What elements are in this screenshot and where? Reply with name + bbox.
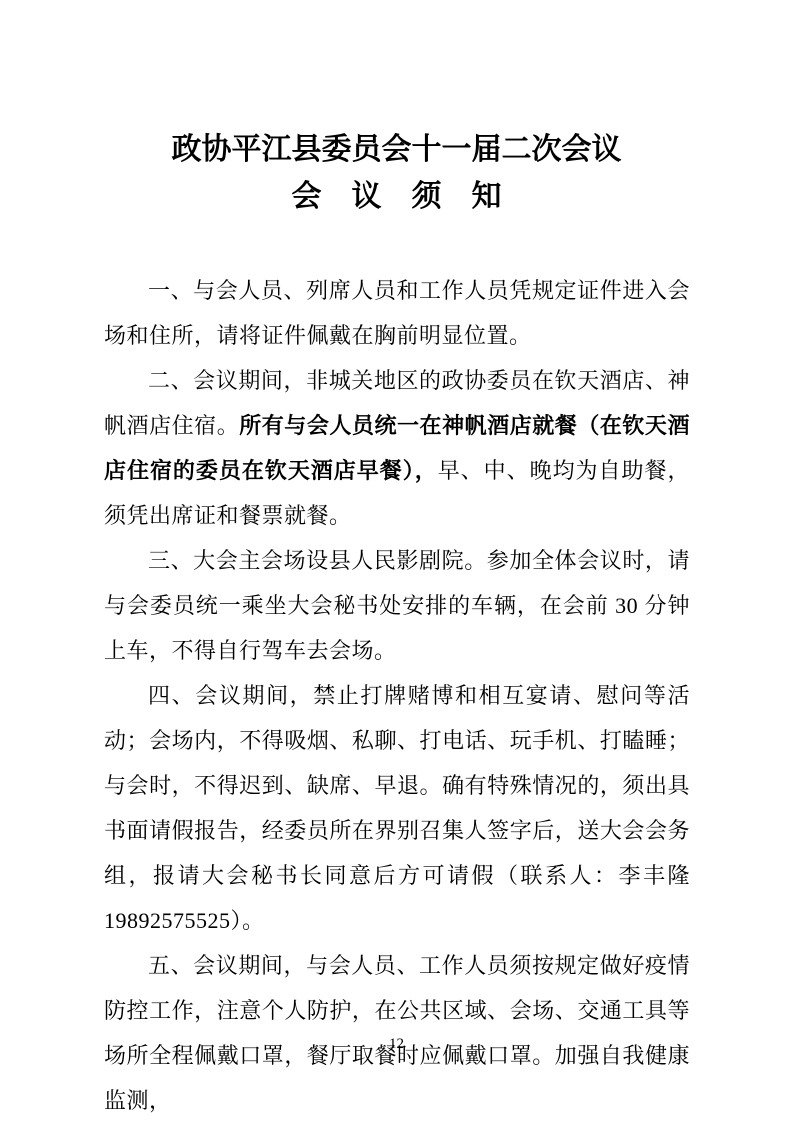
paragraph: 一、与会人员、列席人员和工作人员凭规定证件进入会场和住所，请将证件佩戴在胸前明显… [104, 268, 690, 358]
document-page: 政协平江县委员会十一届二次会议 会 议 须 知 一、与会人员、列席人员和工作人员… [0, 0, 793, 1122]
paragraph: 四、会议期间，禁止打牌赌博和相互宴请、慰问等活动；会场内，不得吸烟、私聊、打电话… [104, 673, 690, 943]
paragraph: 三、大会主会场设县人民影剧院。参加全体会议时，请与会委员统一乘坐大会秘书处安排的… [104, 538, 690, 673]
page-number: 12 [0, 1036, 793, 1053]
document-body: 一、与会人员、列席人员和工作人员凭规定证件进入会场和住所，请将证件佩戴在胸前明显… [104, 268, 690, 1122]
document-title-line1: 政协平江县委员会十一届二次会议 [104, 0, 690, 173]
document-title-line2: 会 议 须 知 [104, 173, 690, 220]
paragraph: 二、会议期间，非城关地区的政协委员在钦天酒店、神帆酒店住宿。所有与会人员统一在神… [104, 358, 690, 538]
paragraph: 五、会议期间，与会人员、工作人员须按规定做好疫情防控工作，注意个人防护，在公共区… [104, 943, 690, 1122]
paragraph-segment: 五、会议期间，与会人员、工作人员须按规定做好疫情防控工作，注意个人防护，在公共区… [104, 953, 690, 1113]
paragraph-segment: 四、会议期间，禁止打牌赌博和相互宴请、慰问等活动；会场内，不得吸烟、私聊、打电话… [104, 683, 713, 933]
paragraph-segment: 三、大会主会场设县人民影剧院。参加全体会议时，请与会委员统一乘坐大会秘书处安排的… [104, 548, 690, 663]
paragraph-segment: 一、与会人员、列席人员和工作人员凭规定证件进入会场和住所，请将证件佩戴在胸前明显… [104, 278, 690, 348]
